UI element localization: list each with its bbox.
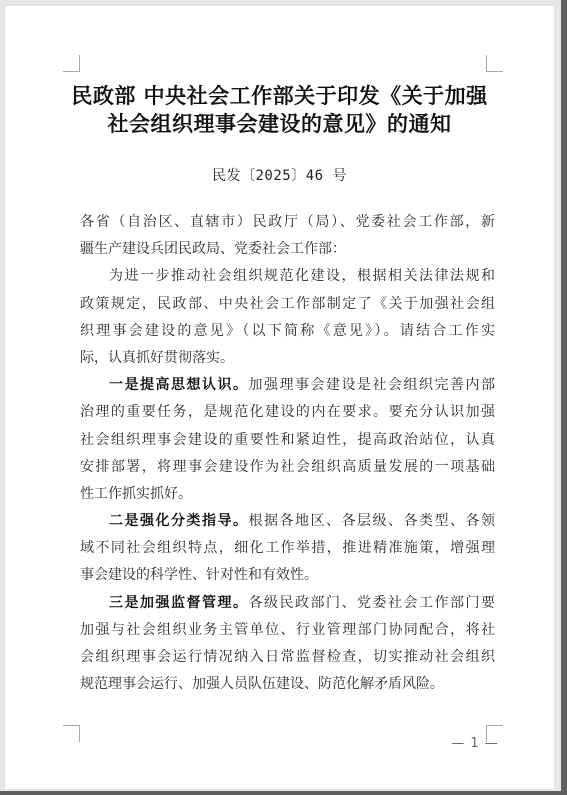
text-line: 性工作抓实抓好。 bbox=[80, 481, 495, 508]
intro-paragraph: 为进一步推动社会组织规范化建设，根据相关法律法规和 政策规定，民政部、中央社会工… bbox=[80, 263, 495, 372]
document-body: 各省（自治区、直辖市）民政厅（局）、党委社会工作部，新 疆生产建设兵团民政局、党… bbox=[80, 209, 495, 698]
title-line: 社会组织理事会建设的意见》的通知 bbox=[5, 110, 554, 138]
section-text: 加强理事会建设是社会组织完善内部 bbox=[249, 377, 496, 393]
text-line: 三是加强监督管理。各级民政部门、党委社会工作部门要 bbox=[80, 590, 495, 617]
viewer-bottom-edge bbox=[0, 791, 567, 795]
document-number: 民发〔2025〕46 号 bbox=[5, 167, 554, 185]
text-line: 际，认真抓好贯彻落实。 bbox=[80, 345, 495, 372]
document-page: 民政部 中央社会工作部关于印发《关于加强 社会组织理事会建设的意见》的通知 民发… bbox=[5, 6, 554, 789]
text-line: 织理事会建设的意见》（以下简称《意见》）。请结合工作实 bbox=[80, 318, 495, 345]
document-viewer: 民政部 中央社会工作部关于印发《关于加强 社会组织理事会建设的意见》的通知 民发… bbox=[0, 0, 567, 795]
text-line: 安排部署，将理事会建设作为社会组织高质量发展的一项基础 bbox=[80, 454, 495, 481]
section-heading: 二是强化分类指导。 bbox=[109, 513, 249, 529]
text-line: 疆生产建设兵团民政局、党委社会工作部： bbox=[80, 236, 495, 263]
section-heading: 三是加强监督管理。 bbox=[109, 595, 249, 611]
document-title: 民政部 中央社会工作部关于印发《关于加强 社会组织理事会建设的意见》的通知 bbox=[5, 82, 554, 138]
text-line: 规范理事会运行、加强人员队伍建设、防范化解矛盾风险。 bbox=[80, 671, 495, 698]
section-heading: 一是提高思想认识。 bbox=[109, 377, 249, 393]
text-line: 二是强化分类指导。根据各地区、各层级、各类型、各领 bbox=[80, 508, 495, 535]
section-paragraph: 二是强化分类指导。根据各地区、各层级、各类型、各领 域不同社会组织特点，细化工作… bbox=[80, 508, 495, 590]
text-line: 会组织理事会运行情况纳入日常监督检查，切实推动社会组织 bbox=[80, 644, 495, 671]
text-line: 为进一步推动社会组织规范化建设，根据相关法律法规和 bbox=[80, 263, 495, 290]
addressee-paragraph: 各省（自治区、直辖市）民政厅（局）、党委社会工作部，新 疆生产建设兵团民政局、党… bbox=[80, 209, 495, 263]
section-text: 各级民政部门、党委社会工作部门要 bbox=[249, 595, 496, 611]
text-line: 加强与社会组织业务主管单位、行业管理部门协同配合，将社 bbox=[80, 617, 495, 644]
text-line: 社会组织理事会建设的重要性和紧迫性，提高政治站位，认真 bbox=[80, 427, 495, 454]
text-line: 一是提高思想认识。加强理事会建设是社会组织完善内部 bbox=[80, 372, 495, 399]
section-paragraph: 一是提高思想认识。加强理事会建设是社会组织完善内部 治理的重要任务，是规范化建设… bbox=[80, 372, 495, 508]
title-line: 民政部 中央社会工作部关于印发《关于加强 bbox=[5, 82, 554, 110]
text-line: 政策规定，民政部、中央社会工作部制定了《关于加强社会组 bbox=[80, 291, 495, 318]
page-number: — 1 — bbox=[450, 736, 500, 751]
text-line: 域不同社会组织特点，细化工作举措，推进精准施策，增强理 bbox=[80, 535, 495, 562]
crop-mark-top-right-icon bbox=[486, 55, 503, 72]
section-text: 根据各地区、各层级、各类型、各领 bbox=[249, 513, 496, 529]
crop-mark-top-left-icon bbox=[63, 55, 80, 72]
text-line: 治理的重要任务，是规范化建设的内在要求。要充分认识加强 bbox=[80, 399, 495, 426]
text-line: 各省（自治区、直辖市）民政厅（局）、党委社会工作部，新 bbox=[80, 209, 495, 236]
scrollbar-track[interactable] bbox=[561, 0, 567, 795]
crop-mark-bottom-left-icon bbox=[63, 725, 80, 742]
text-line: 事会建设的科学性、针对性和有效性。 bbox=[80, 562, 495, 589]
section-paragraph: 三是加强监督管理。各级民政部门、党委社会工作部门要 加强与社会组织业务主管单位、… bbox=[80, 590, 495, 699]
